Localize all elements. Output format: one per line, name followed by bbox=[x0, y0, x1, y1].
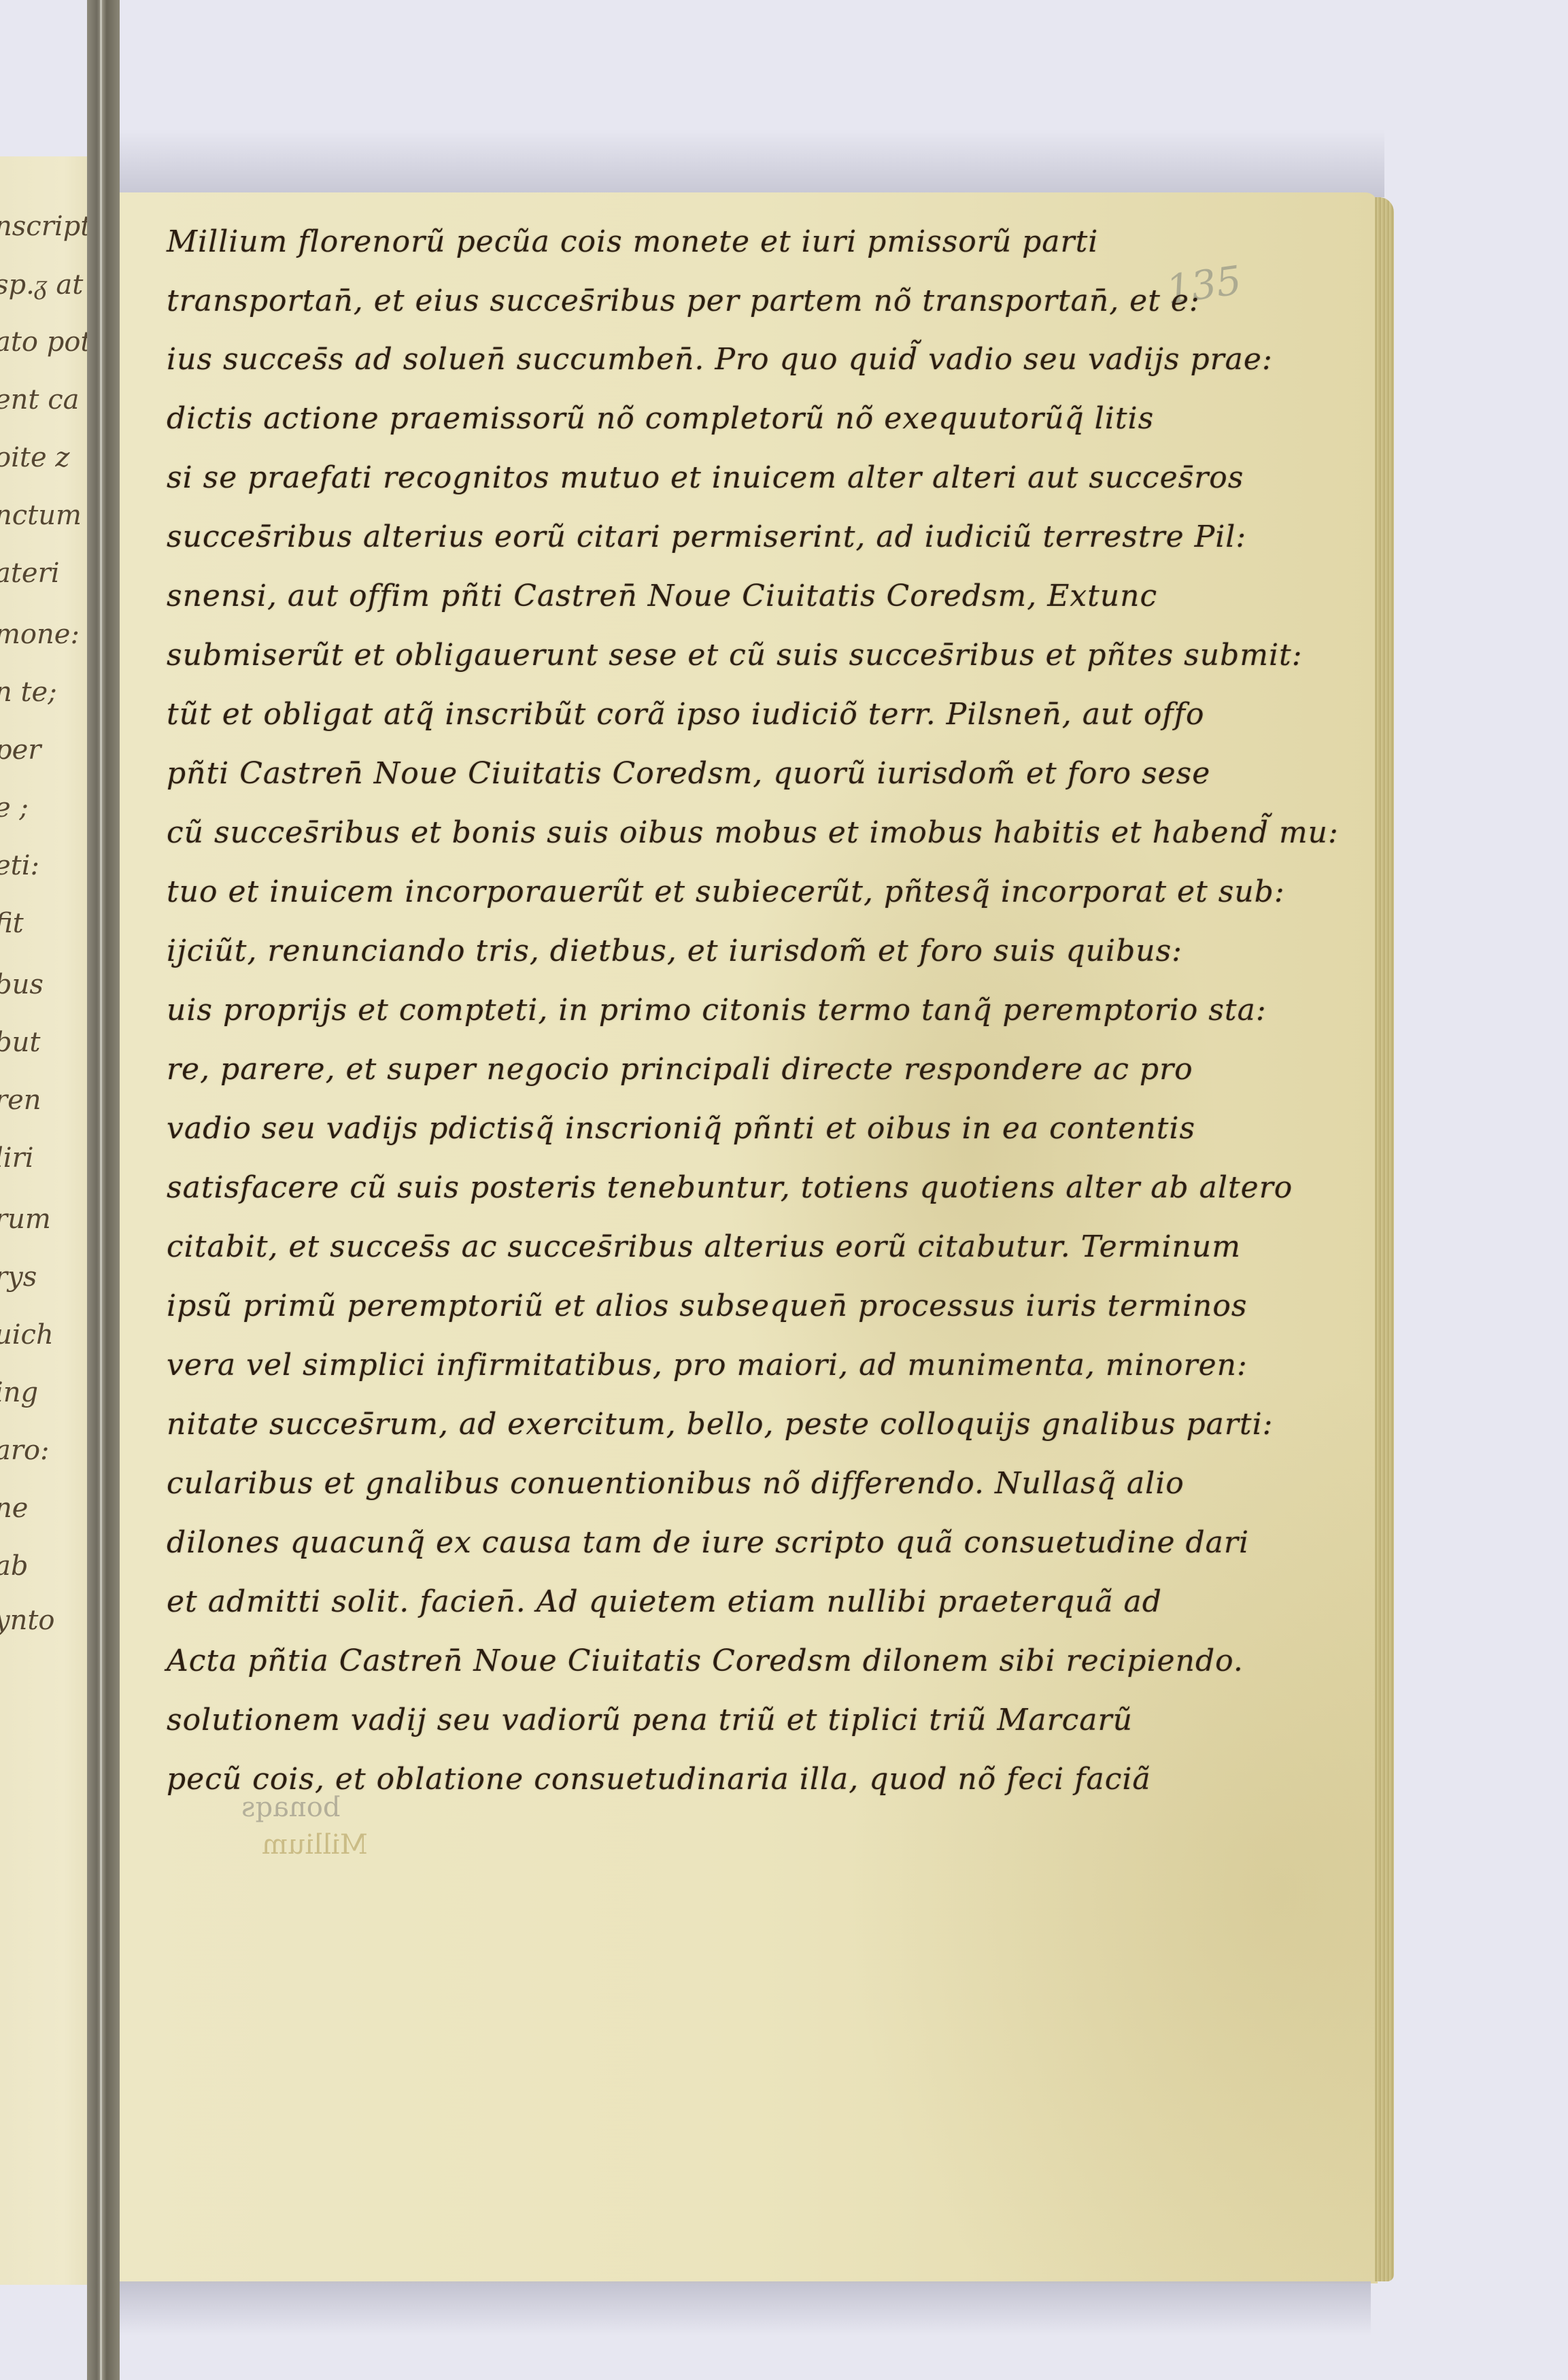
text-line: uis proprijs et compteti, in primo citon… bbox=[167, 993, 1091, 1027]
left-page-fragment: ab bbox=[0, 1550, 28, 1582]
left-page-fragment: nctum bbox=[0, 500, 82, 531]
text-line: dictis actione praemissorũ nõ completorũ… bbox=[167, 401, 1091, 436]
left-page-fragment: fit bbox=[0, 908, 24, 939]
left-page-fragment: mone: bbox=[0, 619, 80, 650]
text-line: vera vel simplici infirmitatibus, pro ma… bbox=[167, 1348, 1091, 1382]
text-line: snensi, aut offim pñti Castren̄ Noue Ciu… bbox=[167, 579, 1091, 613]
left-page-fragment: oite z bbox=[0, 442, 69, 473]
text-line: tũt et obligat atq̃ inscribũt corã ipso … bbox=[167, 697, 1091, 732]
left-page: nscript: M sp.ᵹ at ato pot: lui ent ca o… bbox=[0, 156, 92, 2285]
text-line: ipsũ primũ peremptoriũ et alios subseque… bbox=[167, 1289, 1091, 1323]
left-page-fragment: ent ca bbox=[0, 384, 79, 415]
page-edges bbox=[1375, 197, 1394, 2281]
text-line: nitate succes̄rum, ad exercitum, bello, … bbox=[167, 1407, 1091, 1442]
left-page-fragment: ren bbox=[0, 1085, 41, 1116]
text-line: solutionem vadij seu vadiorũ pena triũ e… bbox=[167, 1703, 1091, 1737]
left-page-fragment: rys bbox=[0, 1261, 37, 1293]
text-line: vadio seu vadijs pdictisq̃ inscrioniq̃ p… bbox=[167, 1111, 1091, 1146]
text-line: citabit, et succes̄s ac succes̄ribus alt… bbox=[167, 1229, 1091, 1264]
text-line: et admitti solit. facien̄. Ad quietem et… bbox=[167, 1584, 1091, 1619]
glass-plate-reflection bbox=[100, 0, 102, 2380]
left-page-fragment: bus bbox=[0, 969, 44, 1000]
left-page-fragment: ing bbox=[0, 1377, 38, 1408]
left-page-fragment: e ; bbox=[0, 792, 29, 823]
left-page-fragment: per bbox=[0, 734, 41, 766]
text-line: Millium florenorũ pecũa cois monete et i… bbox=[167, 224, 1091, 259]
left-page-fragment: liri bbox=[0, 1142, 34, 1174]
left-page-fragment: ateri bbox=[0, 558, 60, 589]
text-line: submiserũt et obligauerunt sese et cũ su… bbox=[167, 638, 1091, 673]
text-line: cũ succes̄ribus et bonis suis oibus mobu… bbox=[167, 815, 1091, 850]
text-line: pñti Castren̄ Noue Ciuitatis Coredsm, qu… bbox=[167, 756, 1091, 791]
text-line: Acta pñtia Castren̄ Noue Ciuitatis Cored… bbox=[167, 1644, 1091, 1678]
left-page-fragment: eti: bbox=[0, 850, 39, 881]
left-page-fragment: ynto bbox=[0, 1605, 55, 1636]
left-page-fragment: nscript: M bbox=[0, 211, 92, 242]
text-line: transportan̄, et eius succes̄ribus per p… bbox=[167, 284, 1091, 318]
bleed-through-text: Millium bbox=[262, 1829, 368, 1860]
text-line: cularibus et gnalibus conuentionibus nõ … bbox=[167, 1466, 1091, 1501]
left-page-fragment: ato pot: lui bbox=[0, 326, 92, 358]
page-bottom-shadow bbox=[120, 2281, 1371, 2336]
text-line: dilones quacunq̃ ex causa tam de iure sc… bbox=[167, 1525, 1091, 1560]
left-page-fragment: but bbox=[0, 1027, 40, 1058]
text-line: si se praefati recognitos mutuo et inuic… bbox=[167, 460, 1091, 495]
bleed-through-text: bonaqs bbox=[241, 1792, 340, 1823]
text-line: satisfacere cũ suis posteris tenebuntur,… bbox=[167, 1170, 1091, 1205]
left-page-fragment: sp.ᵹ at bbox=[0, 269, 83, 301]
left-page-fragment: ne bbox=[0, 1493, 28, 1524]
left-page-fragment: rum bbox=[0, 1204, 51, 1235]
left-page-fragment: aro: bbox=[0, 1435, 50, 1466]
book-gutter bbox=[87, 0, 120, 2380]
text-line: ius succes̄s ad soluen̄ succumben̄. Pro … bbox=[167, 342, 1091, 377]
text-line: tuo et inuicem incorporauerũt et subiece… bbox=[167, 874, 1091, 909]
left-page-fragment: n te; bbox=[0, 677, 57, 708]
left-page-fragment: uich bbox=[0, 1319, 54, 1350]
text-line: ijciũt, renunciando tris, dietbus, et iu… bbox=[167, 934, 1091, 968]
text-line: succes̄ribus alterius eorũ citari permis… bbox=[167, 520, 1091, 554]
text-line: re, parere, et super negocio principali … bbox=[167, 1052, 1091, 1087]
page-top-shadow bbox=[120, 129, 1384, 197]
